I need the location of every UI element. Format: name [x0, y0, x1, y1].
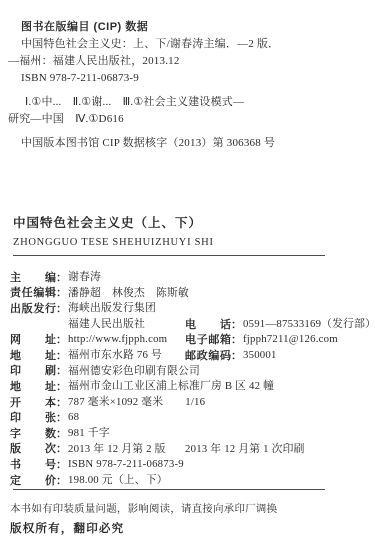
pub-row-right-label: 电话	[185, 316, 231, 332]
pub-row-value: 787 毫米×1092 毫米 1/16	[68, 394, 205, 409]
pub-row-right-value: 0591—87533169（发行部）	[243, 316, 375, 331]
pub-row-colon: ：	[56, 472, 68, 488]
publication-info: 主编：谢春涛责任编辑：潘静超 林俊杰 陈斯敏出版发行：海峡出版发行集团：福建人民…	[10, 269, 369, 487]
pub-row-value: 981 千字	[68, 425, 110, 440]
pub-row: 印张：68	[10, 409, 369, 425]
pub-row: ：福建人民出版社电话：0591—87533169（发行部）	[10, 316, 369, 332]
pub-row: 定价：198.00 元（上、下）	[10, 472, 369, 488]
footer-block: 本书如有印装质量问题，影响阅读，请直接向承印厂调换 版权所有，翻印必究	[10, 500, 375, 536]
pub-row-label: 版次	[10, 440, 56, 456]
pub-row-value: 2013 年 12 月第 2 版	[68, 441, 166, 456]
pub-row-right-label: 邮政编码	[185, 347, 231, 363]
pub-row-label: 字数	[10, 425, 56, 441]
cip-classification-line-1: Ⅰ.①中... Ⅱ.①谢... Ⅲ.①社会主义建设模式—	[25, 94, 367, 111]
pub-row-label: 印刷	[10, 362, 56, 378]
pub-row-colon: ：	[56, 300, 68, 316]
print-quality-notice: 本书如有印装质量问题，影响阅读，请直接向承印厂调换	[10, 500, 375, 515]
pub-row-value: 福州德安彩色印刷有限公司	[68, 363, 200, 378]
pub-row-right-value: 350001	[243, 349, 277, 361]
pub-row-colon: ：	[56, 331, 68, 347]
pub-row-value: 198.00 元（上、下）	[68, 472, 168, 487]
pub-row-label: 地址	[10, 347, 56, 363]
pub-row: 地址：福州市东水路 76 号邮政编码：350001	[10, 347, 369, 363]
pub-row-right-colon: ：	[231, 347, 243, 363]
title-block: 中国特色社会主义史（上、下） ZHONGGUO TESE SHEHUIZHUYI…	[13, 216, 375, 249]
pub-row-right-colon: ：	[231, 331, 243, 347]
pub-row-label: 印张	[10, 409, 56, 425]
pub-row-value: ISBN 978-7-211-06873-9	[68, 458, 184, 470]
pub-row-value: 谢春涛	[68, 269, 101, 284]
pub-row-value: 潘静超 林俊杰 陈斯敏	[68, 285, 189, 300]
pub-row-label: 出版发行	[10, 300, 56, 316]
cip-title-line: 中国特色社会主义史：上、下/谢春涛主编．—2 版．	[21, 36, 367, 53]
pub-row-right: 电话：0591—87533169（发行部）	[185, 316, 375, 332]
pub-row-value: 海峡出版发行集团	[68, 300, 156, 315]
book-copyright-page: 图书在版编目 (CIP) 数据 中国特色社会主义史：上、下/谢春涛主编．—2 版…	[0, 0, 375, 557]
pub-row: 印刷：福州德安彩色印刷有限公司	[10, 363, 369, 379]
pub-row-right-label: 电子邮箱	[185, 331, 231, 347]
pub-row: 出版发行：海峡出版发行集团	[10, 300, 369, 316]
pub-row-right-colon: ：	[231, 316, 243, 332]
pub-row-colon: ：	[56, 362, 68, 378]
pub-row-label: 地址	[10, 378, 56, 394]
pub-row-colon: ：	[56, 409, 68, 425]
cip-block: 图书在版编目 (CIP) 数据 中国特色社会主义史：上、下/谢春涛主编．—2 版…	[8, 0, 367, 152]
pub-row-colon: ：	[56, 394, 68, 410]
pub-row-label: 主编	[10, 269, 56, 285]
divider-top	[13, 255, 325, 256]
pub-row-right-value: 2013 年 12 月第 1 次印刷	[185, 441, 305, 456]
pub-row-colon: ：	[56, 440, 68, 456]
pub-row-label: 定价	[10, 472, 56, 488]
divider-bottom	[13, 489, 325, 490]
pub-row-colon: ：	[56, 269, 68, 285]
pub-row-colon: ：	[56, 425, 68, 441]
cip-classification-line-2: 研究—中国 Ⅳ.①D616	[8, 111, 367, 128]
cip-record-number-line: 中国版本图书馆 CIP 数据核字（2013）第 306368 号	[21, 135, 367, 152]
pub-row-value: 福州市金山工业区浦上标准厂房 B 区 42 幢	[68, 378, 274, 393]
pub-row-right: 邮政编码：350001	[185, 347, 277, 363]
pub-row-right-value: fjpph7211@126.com	[243, 333, 338, 345]
pub-row: 网址：http://www.fjpph.com电子邮箱：fjpph7211@12…	[10, 331, 369, 347]
pub-row-value: http://www.fjpph.com	[68, 333, 167, 345]
pub-row-label: 责任编辑	[10, 284, 56, 300]
pub-row: 字数：981 千字	[10, 425, 369, 441]
pub-row-right: 2013 年 12 月第 1 次印刷	[185, 441, 305, 457]
pub-row-value: 福建人民出版社	[68, 316, 145, 331]
pub-row-colon: ：	[56, 456, 68, 472]
pub-row-value: 68	[68, 411, 79, 423]
pub-row: 地址：福州市金山工业区浦上标准厂房 B 区 42 幢	[10, 378, 369, 394]
book-title: 中国特色社会主义史（上、下）	[13, 216, 375, 230]
pub-row: 书号：ISBN 978-7-211-06873-9	[10, 456, 369, 472]
cip-isbn-line: ISBN 978-7-211-06873-9	[21, 70, 367, 87]
pub-row-colon: ：	[56, 284, 68, 300]
copyright-notice: 版权所有，翻印必究	[10, 520, 375, 536]
pub-row-right: 电子邮箱：fjpph7211@126.com	[185, 331, 338, 347]
pub-row: 主编：谢春涛	[10, 269, 369, 285]
cip-publisher-line: —福州：福建人民出版社，2013.12	[8, 53, 367, 70]
book-title-pinyin: ZHONGGUO TESE SHEHUIZHUYI SHI	[13, 237, 375, 249]
pub-row-value: 福州市东水路 76 号	[68, 347, 162, 362]
pub-row-label: 网址	[10, 331, 56, 347]
pub-row-label: 书号	[10, 456, 56, 472]
pub-row: 版次：2013 年 12 月第 2 版2013 年 12 月第 1 次印刷	[10, 441, 369, 457]
cip-header: 图书在版编目 (CIP) 数据	[21, 19, 367, 36]
pub-row: 责任编辑：潘静超 林俊杰 陈斯敏	[10, 285, 369, 301]
pub-row-colon: ：	[56, 378, 68, 394]
pub-row: 开本：787 毫米×1092 毫米 1/16	[10, 394, 369, 410]
pub-row-colon: ：	[56, 347, 68, 363]
pub-row-label: 开本	[10, 394, 56, 410]
